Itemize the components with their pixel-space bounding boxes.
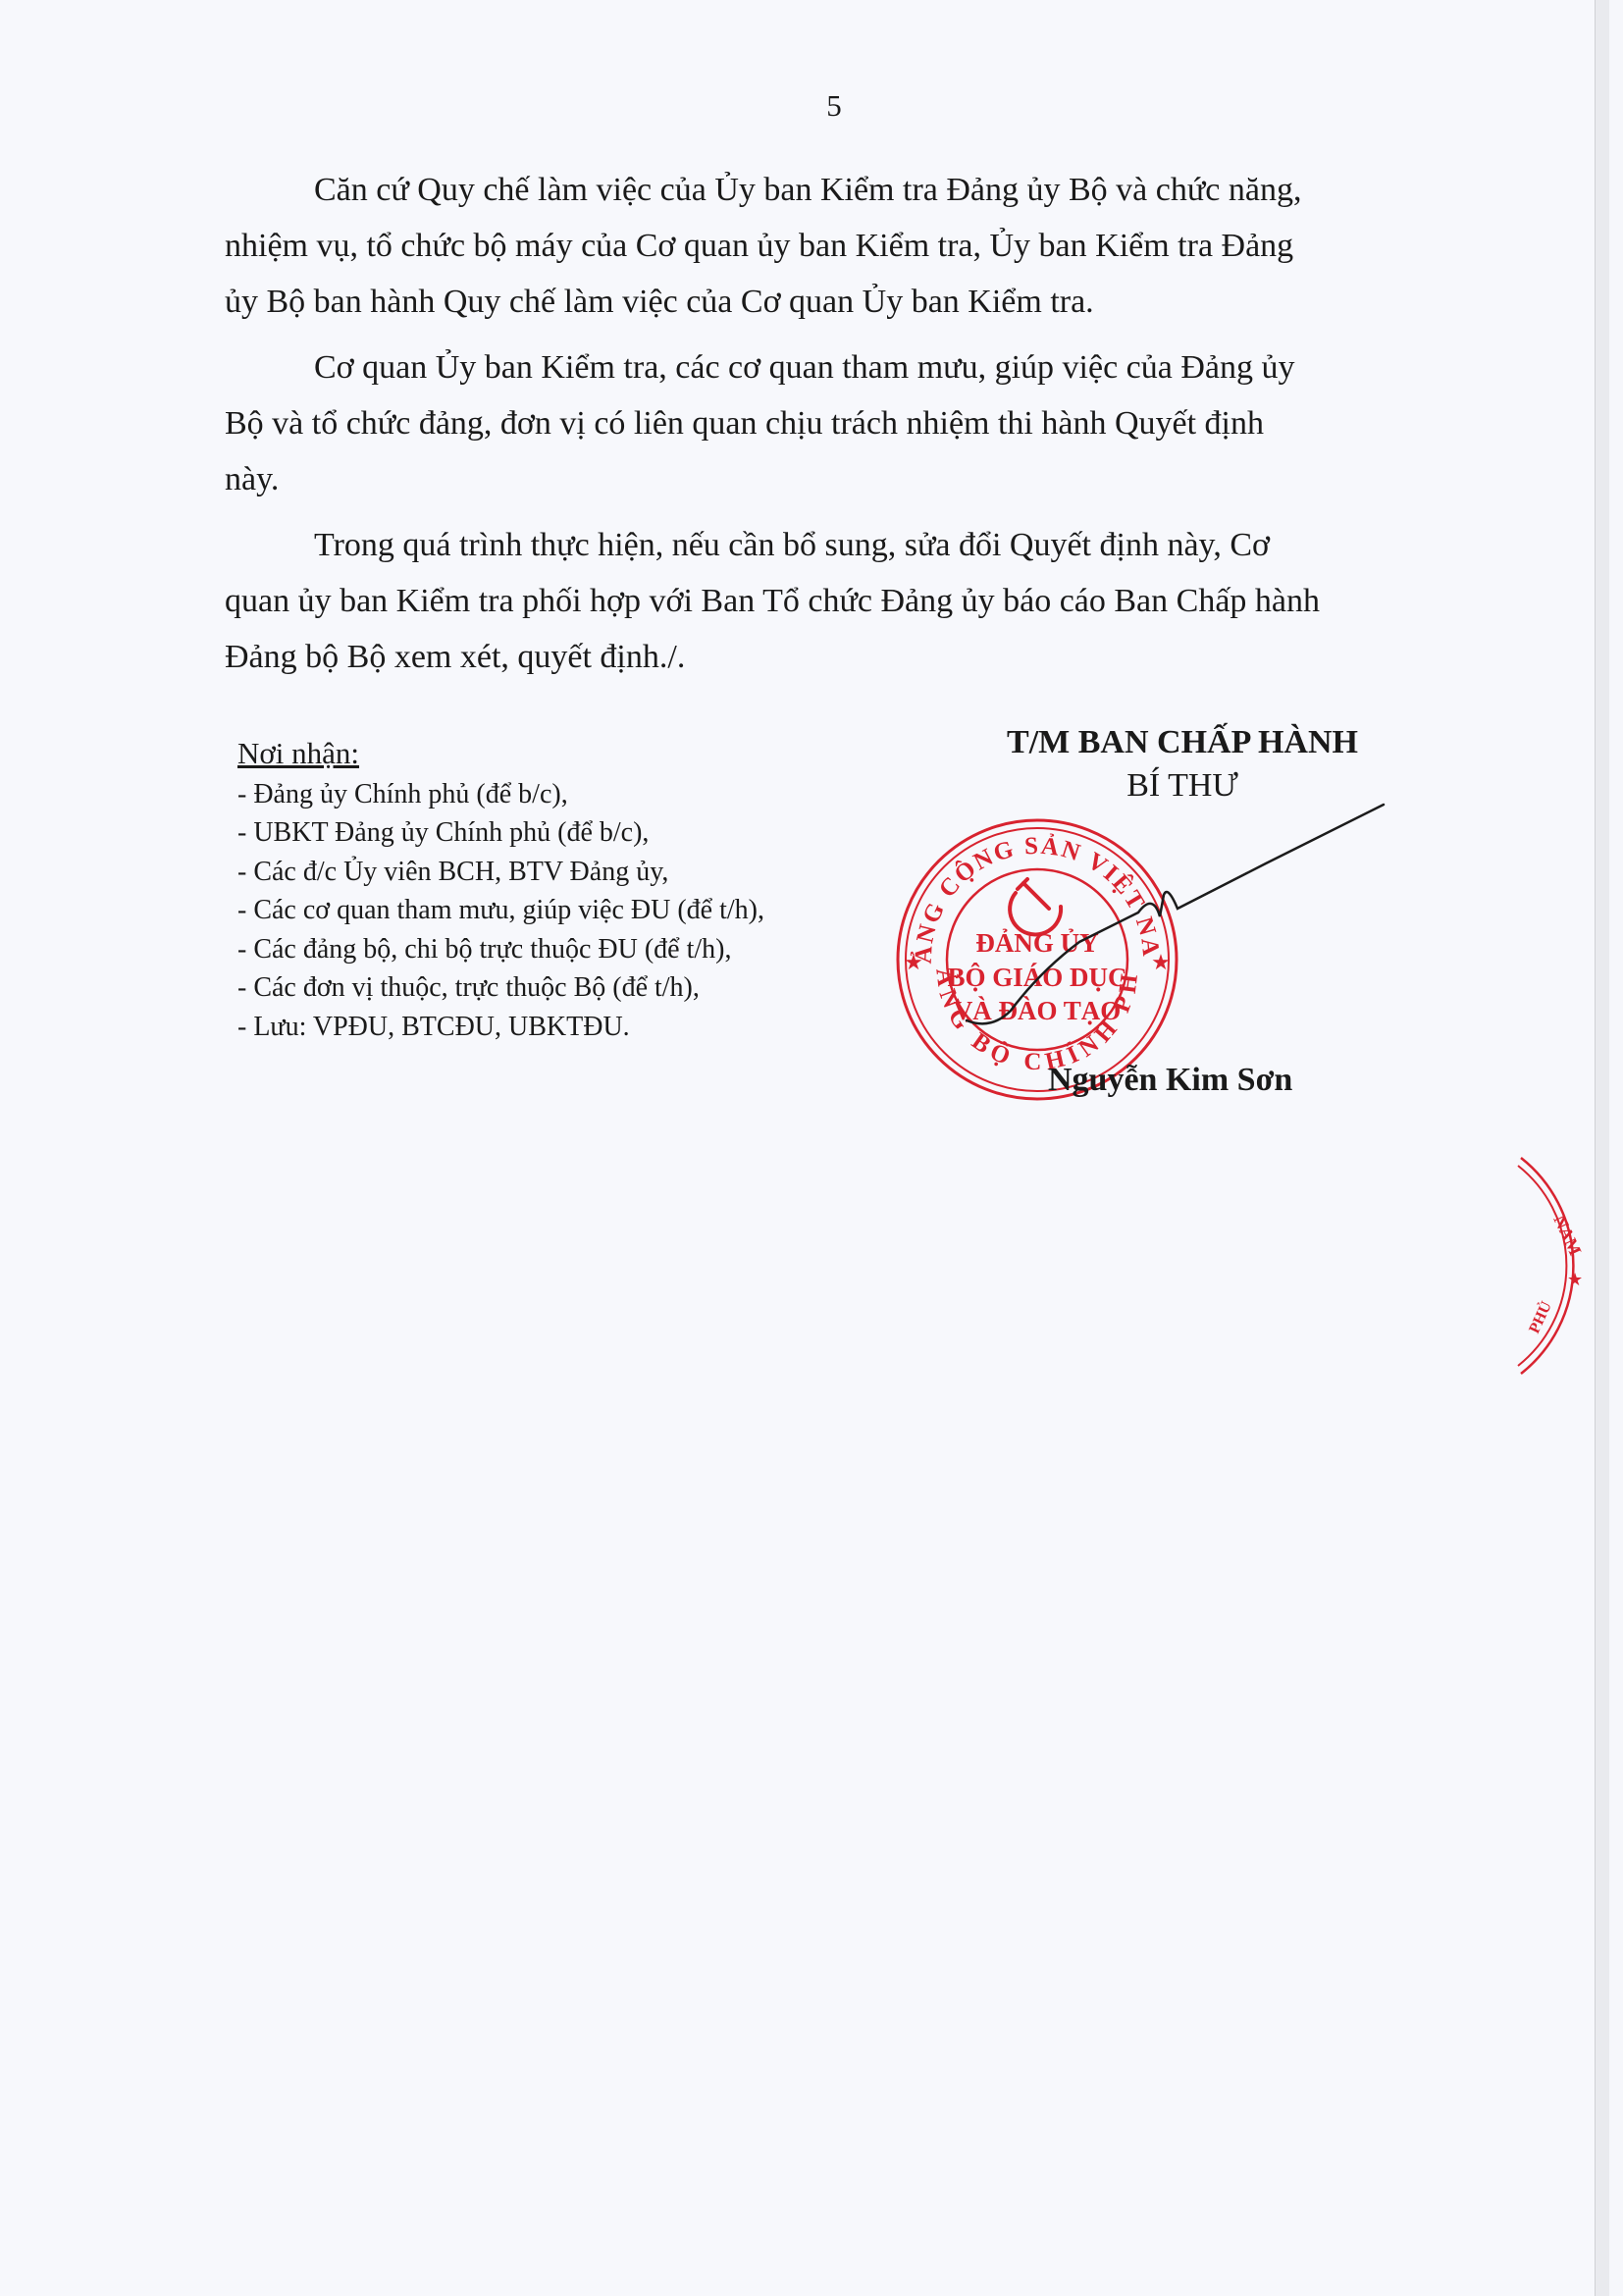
partial-stamp-icon: NAM ★ PHỦ — [1516, 1138, 1614, 1393]
svg-text:★: ★ — [1567, 1270, 1583, 1289]
signer-name: Nguyễn Kim Sơn — [1048, 1062, 1292, 1099]
svg-text:PHỦ: PHỦ — [1524, 1298, 1555, 1336]
svg-text:NAM: NAM — [1549, 1212, 1585, 1258]
document-page: 5 Căn cứ Quy chế làm việc của Ủy ban Kiể… — [0, 0, 1609, 2296]
handwritten-signature-icon — [0, 0, 1623, 1177]
